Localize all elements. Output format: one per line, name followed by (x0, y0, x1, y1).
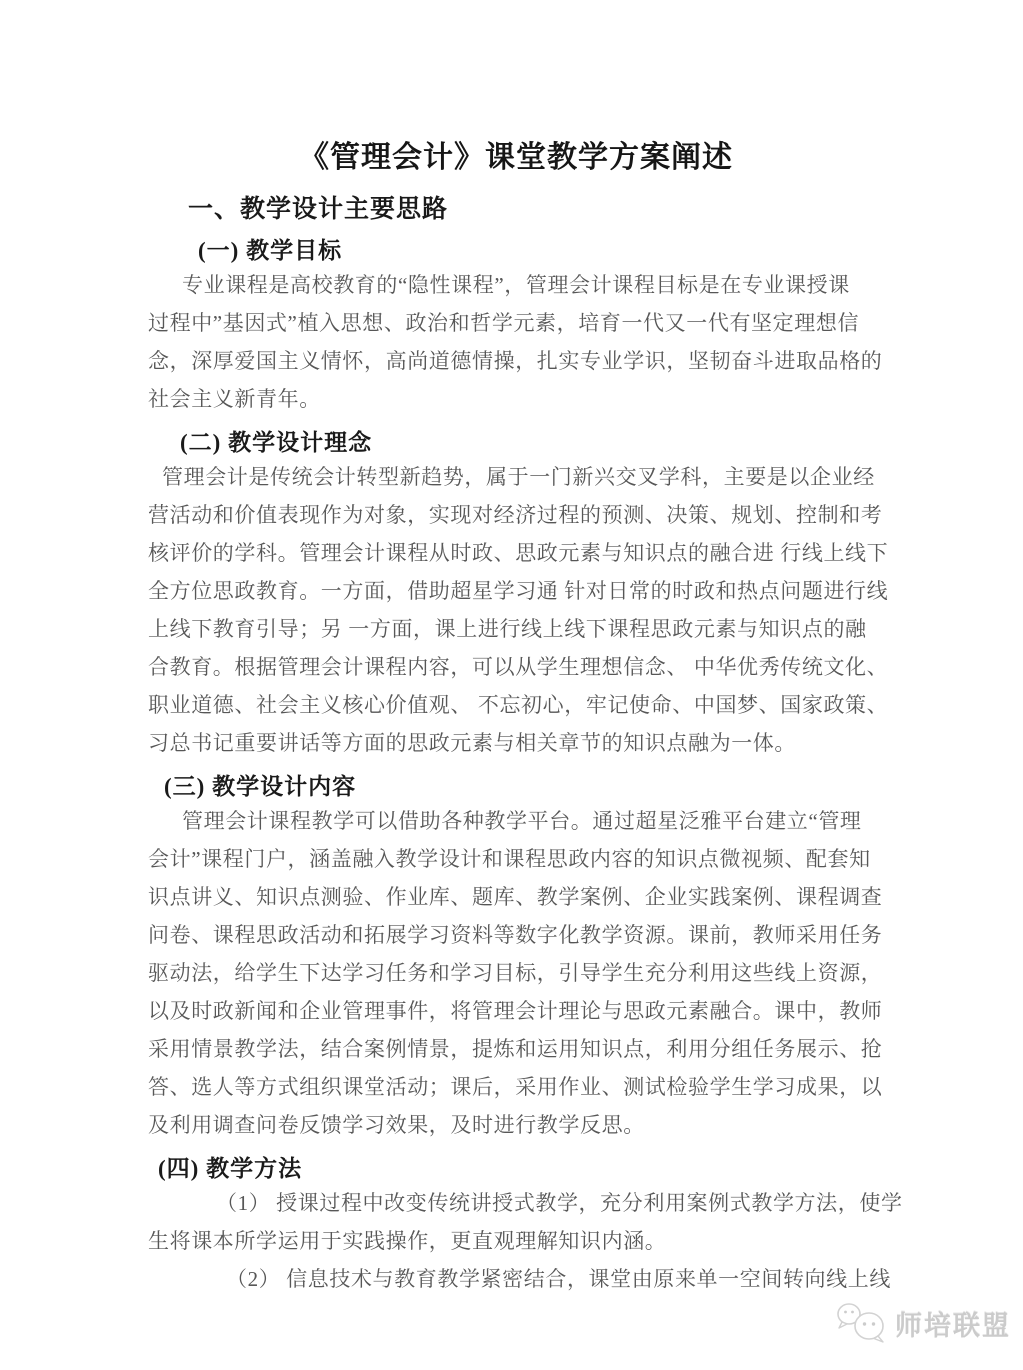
doc-line: 答、选人等方式组织课堂活动；课后，采用作业、测试检验学生学习成果，以 (148, 1068, 884, 1106)
heading-3-design-content: (三) 教学设计内容 (164, 772, 884, 802)
doc-line: 管理会计是传统会计转型新趋势，属于一门新兴交叉学科，主要是以企业经 (148, 458, 884, 496)
heading-1-teaching-goal: (一) 教学目标 (198, 236, 884, 266)
doc-line: 职业道德、社会主义核心价值观、 不忘初心，牢记使命、中国梦、国家政策、 (148, 686, 884, 724)
doc-line: 生将课本所学运用于实践操作，更直观理解知识内涵。 (148, 1222, 884, 1260)
doc-line: （2） 信息技术与教育教学紧密结合，课堂由原来单一空间转向线上线 (148, 1260, 884, 1298)
doc-line: 核评价的学科。管理会计课程从时政、思政元素与知识点的融合进 行线上线下 (148, 534, 884, 572)
heading-4-teaching-method: (四) 教学方法 (158, 1154, 884, 1184)
doc-line: 会计”课程门户，涵盖融入教学设计和课程思政内容的知识点微视频、配套知 (148, 840, 884, 878)
doc-line: 专业课程是高校教育的“隐性课程”，管理会计课程目标是在专业课授课 (148, 266, 884, 304)
doc-line: 合教育。根据管理会计课程内容，可以从学生理想信念、 中华优秀传统文化、 (148, 648, 884, 686)
doc-line: 以及时政新闻和企业管理事件，将管理会计理论与思政元素融合。课中，教师 (148, 992, 884, 1030)
watermark-label: 师培联盟 (895, 1304, 1011, 1343)
doc-line: 社会主义新青年。 (148, 380, 884, 418)
heading-main-idea: 一、教学设计主要思路 (188, 194, 884, 226)
doc-line: 管理会计课程教学可以借助各种教学平台。通过超星泛雅平台建立“管理 (148, 802, 884, 840)
doc-line: 上线下教育引导；另 一方面，课上进行线上线下课程思政元素与知识点的融 (148, 610, 884, 648)
doc-line: 及利用调查问卷反馈学习效果，及时进行教学反思。 (148, 1106, 884, 1144)
document-page: 《管理会计》课堂教学方案阐述 一、教学设计主要思路 (一) 教学目标 专业课程是… (0, 0, 1023, 1370)
heading-2-design-concept: (二) 教学设计理念 (180, 428, 884, 458)
doc-line: 念，深厚爱国主义情怀，高尚道德情操，扎实专业学识，坚韧奋斗进取品格的 (148, 342, 884, 380)
doc-line: 过程中”基因式”植入思想、政治和哲学元素，培育一代又一代有坚定理想信 (148, 304, 884, 342)
wechat-icon (836, 1300, 890, 1346)
page-title: 《管理会计》课堂教学方案阐述 (148, 140, 884, 176)
doc-line: 识点讲义、知识点测验、作业库、题库、教学案例、企业实践案例、课程调查 (148, 878, 884, 916)
watermark: 师培联盟 (836, 1300, 1011, 1346)
doc-line: 采用情景教学法，结合案例情景，提炼和运用知识点，利用分组任务展示、抢 (148, 1030, 884, 1068)
doc-line: 驱动法，给学生下达学习任务和学习目标，引导学生充分利用这些线上资源， (148, 954, 884, 992)
doc-line: 问卷、课程思政活动和拓展学习资料等数字化教学资源。课前，教师采用任务 (148, 916, 884, 954)
doc-line: 全方位思政教育。一方面，借助超星学习通 针对日常的时政和热点问题进行线 (148, 572, 884, 610)
doc-line: （1） 授课过程中改变传统讲授式教学，充分利用案例式教学方法，使学 (148, 1184, 884, 1222)
document-content: 《管理会计》课堂教学方案阐述 一、教学设计主要思路 (一) 教学目标 专业课程是… (148, 140, 884, 1298)
doc-line: 营活动和价值表现作为对象，实现对经济过程的预测、决策、规划、控制和考 (148, 496, 884, 534)
doc-line: 习总书记重要讲话等方面的思政元素与相关章节的知识点融为一体。 (148, 724, 884, 762)
